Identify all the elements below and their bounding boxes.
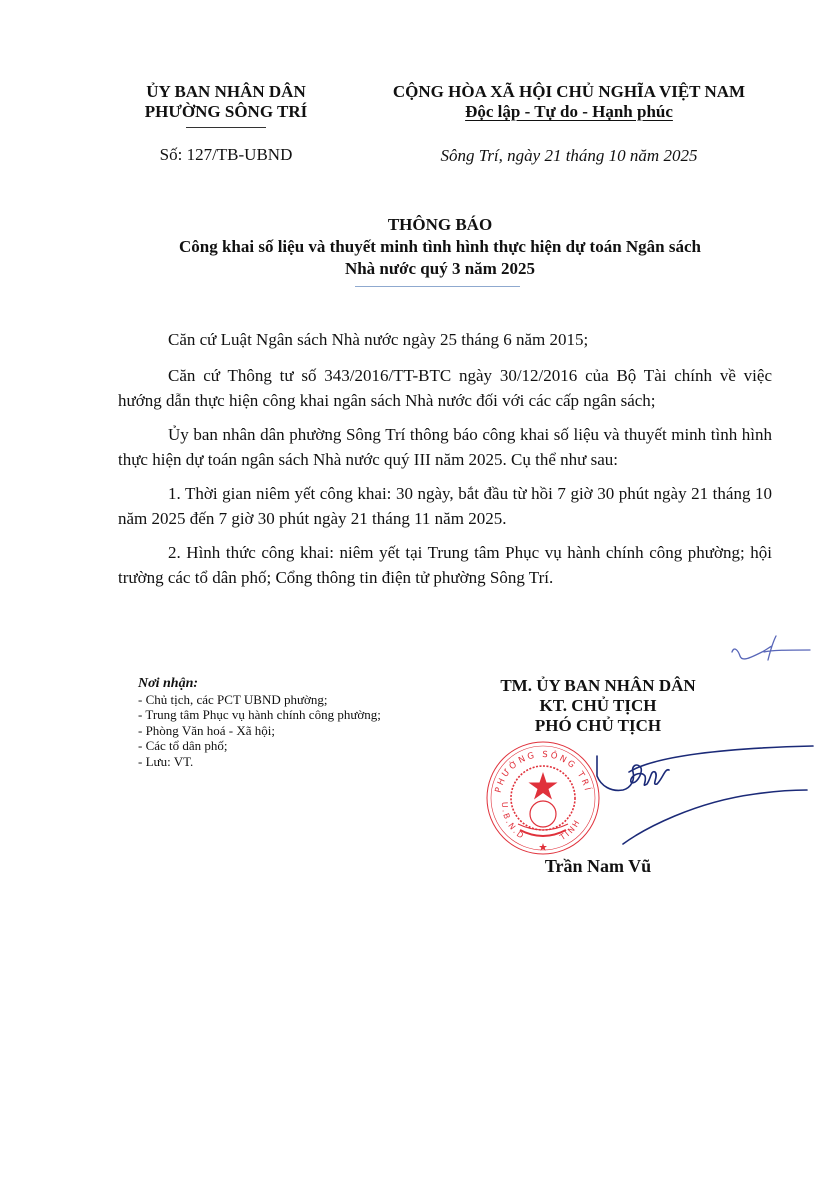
signature-line-2: KT. CHỦ TỊCH — [470, 696, 726, 716]
initial-signature-mark — [728, 632, 812, 666]
svg-text:U.B.N.D: U.B.N.D — [500, 802, 527, 842]
title-divider — [355, 286, 520, 287]
document-title: THÔNG BÁO Công khai số liệu và thuyết mi… — [110, 214, 770, 280]
document-type: THÔNG BÁO — [110, 214, 770, 236]
signature-line-3: PHÓ CHỦ TỊCH — [470, 716, 726, 736]
recipients-label: Nơi nhận: — [138, 676, 458, 692]
signer-name: Trần Nam Vũ — [470, 856, 726, 877]
paragraph-posting-period: 1. Thời gian niêm yết công khai: 30 ngày… — [118, 481, 772, 532]
document-body: Căn cứ Luật Ngân sách Nhà nước ngày 25 t… — [118, 327, 772, 599]
national-motto: Độc lập - Tự do - Hạnh phúc — [465, 102, 673, 121]
nation-line: CỘNG HÒA XÃ HỘI CHỦ NGHĨA VIỆT NAM — [360, 82, 778, 102]
paragraph-announcement: Ủy ban nhân dân phường Sông Trí thông bá… — [118, 422, 772, 473]
agency-divider — [186, 127, 266, 128]
recipients-list: Nơi nhận: - Chủ tịch, các PCT UBND phườn… — [138, 676, 458, 769]
recipient-item: - Các tổ dân phố; — [138, 738, 458, 754]
agency-line-1: ỦY BAN NHÂN DÂN — [118, 82, 334, 102]
handwritten-signature — [585, 742, 815, 852]
issuing-agency: ỦY BAN NHÂN DÂN PHƯỜNG SÔNG TRÍ — [118, 82, 334, 122]
svg-text:TĨNH: TĨNH — [558, 817, 583, 842]
subject-line-1: Công khai số liệu và thuyết minh tình hì… — [110, 236, 770, 258]
national-header: CỘNG HÒA XÃ HỘI CHỦ NGHĨA VIỆT NAM Độc l… — [360, 82, 778, 122]
signature-authority: TM. ỦY BAN NHÂN DÂN KT. CHỦ TỊCH PHÓ CHỦ… — [470, 676, 726, 736]
agency-line-2: PHƯỜNG SÔNG TRÍ — [118, 102, 334, 122]
signature-line-1: TM. ỦY BAN NHÂN DÂN — [470, 676, 726, 696]
recipient-item: - Trung tâm Phục vụ hành chính công phườ… — [138, 707, 458, 723]
paragraph-legal-basis-1: Căn cứ Luật Ngân sách Nhà nước ngày 25 t… — [118, 327, 772, 353]
recipient-item: - Chủ tịch, các PCT UBND phường; — [138, 692, 458, 708]
paragraph-legal-basis-2: Căn cứ Thông tư số 343/2016/TT-BTC ngày … — [118, 363, 772, 414]
recipient-item: - Lưu: VT. — [138, 754, 458, 770]
document-number: Số: 127/TB-UBND — [118, 145, 334, 165]
recipient-item: - Phòng Văn hoá - Xã hội; — [138, 723, 458, 739]
place-and-date: Sông Trí, ngày 21 tháng 10 năm 2025 — [360, 146, 778, 166]
paragraph-posting-form: 2. Hình thức công khai: niêm yết tại Tru… — [118, 540, 772, 591]
subject-line-2: Nhà nước quý 3 năm 2025 — [110, 258, 770, 280]
